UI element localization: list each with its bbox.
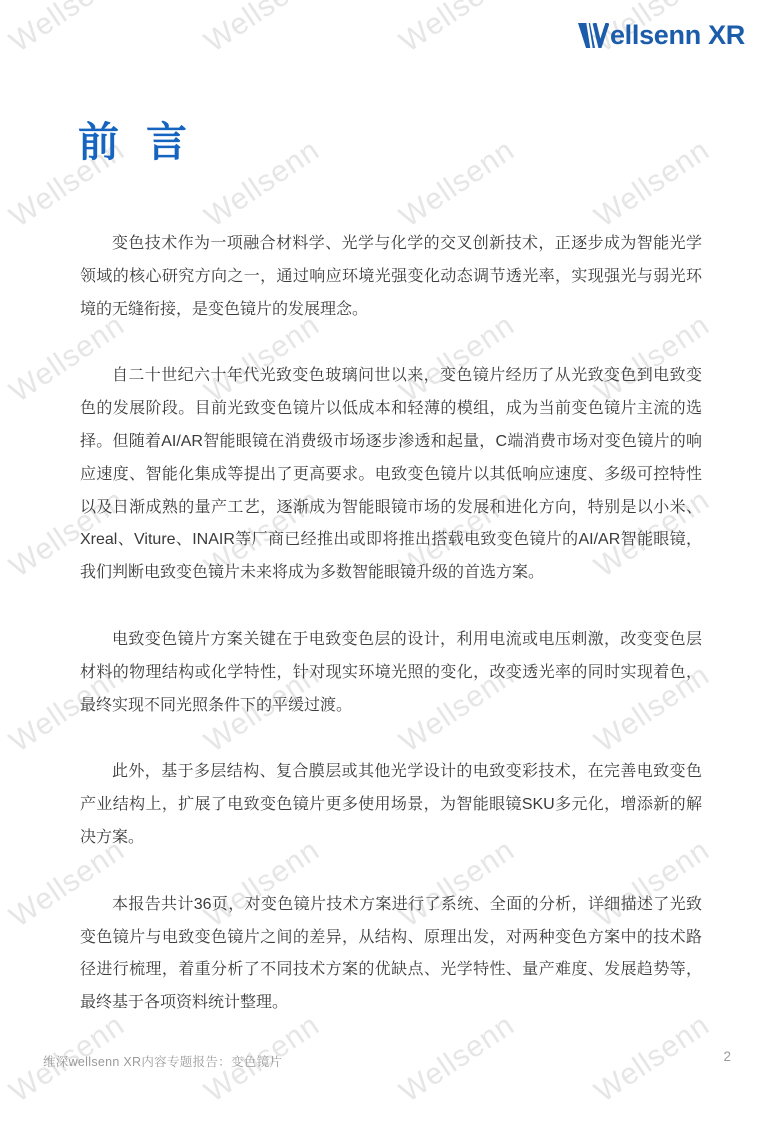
page-title-char: 言 bbox=[146, 119, 187, 166]
watermark-text: Wellsenn bbox=[199, 133, 326, 234]
page-title: 前 言 bbox=[78, 119, 187, 166]
watermark-text: Wellsenn bbox=[394, 0, 521, 60]
watermark-text: Wellsenn bbox=[4, 0, 131, 60]
wellsenn-xr-logo: ellsenn XR bbox=[578, 20, 745, 51]
page-number: 2 bbox=[723, 1049, 731, 1064]
watermark-text: Wellsenn bbox=[394, 133, 521, 234]
paragraph: 变色技术作为一项融合材料学、光学与化学的交叉创新技术，正逐步成为智能光学领域的核… bbox=[80, 228, 702, 326]
logo-w-icon bbox=[578, 23, 609, 48]
page-title-char: 前 bbox=[78, 119, 119, 166]
report-page: WellsennWellsennWellsennWellsennWellsenn… bbox=[0, 0, 777, 1122]
paragraph: 此外，基于多层结构、复合膜层或其他光学设计的电致变彩技术，在完善电致变色产业结构… bbox=[80, 756, 702, 854]
watermark-text: Wellsenn bbox=[589, 133, 716, 234]
preface-body: 变色技术作为一项融合材料学、光学与化学的交叉创新技术，正逐步成为智能光学领域的核… bbox=[80, 228, 702, 1054]
paragraph: 电致变色镜片方案关键在于电致变色层的设计，利用电流或电压刺激，改变变色层材料的物… bbox=[80, 624, 702, 722]
logo-text: ellsenn XR bbox=[610, 20, 745, 51]
paragraph: 自二十世纪六十年代光致变色玻璃问世以来，变色镜片经历了从光致变色到电致变色的发展… bbox=[80, 360, 702, 590]
footer-report-title: 维深wellsenn XR内容专题报告：变色镜片 bbox=[43, 1052, 282, 1070]
paragraph: 本报告共计36页，对变色镜片技术方案进行了系统、全面的分析，详细描述了光致变色镜… bbox=[80, 889, 702, 1020]
watermark-text: Wellsenn bbox=[199, 0, 326, 60]
